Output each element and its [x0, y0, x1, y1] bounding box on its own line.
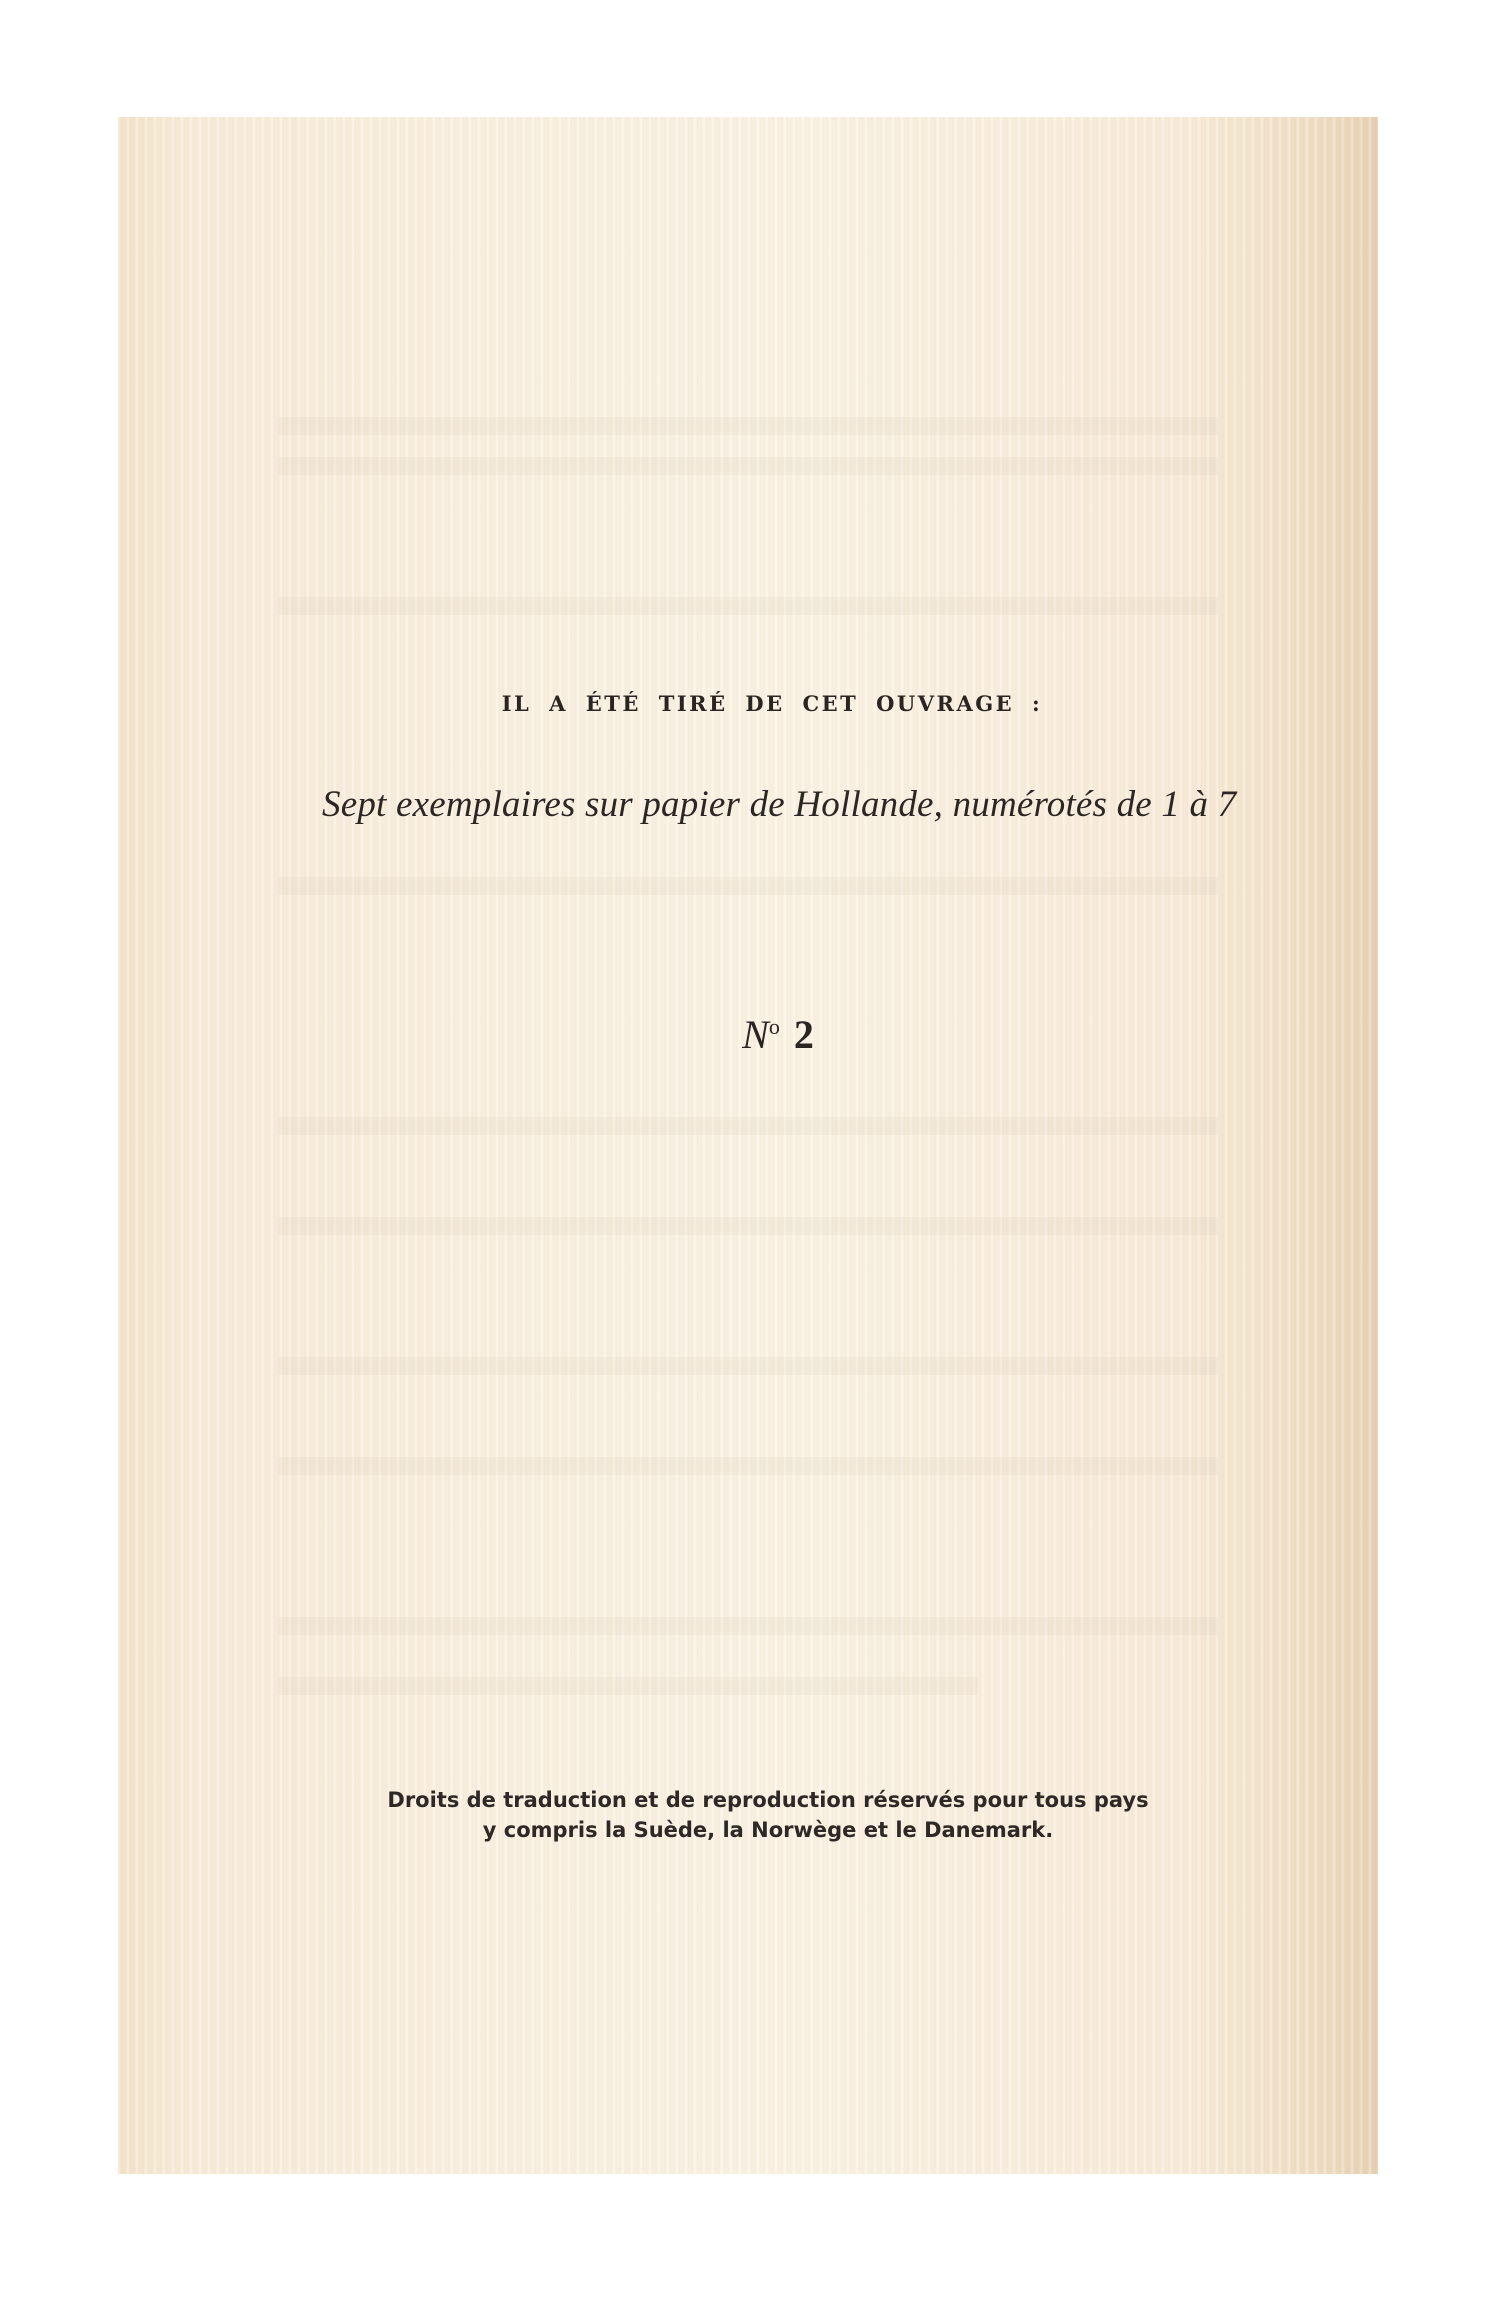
show-through-text [278, 417, 1218, 435]
copy-number: No2 [678, 1011, 878, 1058]
rights-line-2: y compris la Suède, la Norwège et le Dan… [368, 1815, 1168, 1845]
show-through-text [278, 1357, 1218, 1375]
copy-number-prefix: No [742, 1012, 780, 1057]
show-through-text [278, 597, 1218, 615]
show-through-text [278, 1217, 1218, 1235]
show-through-text [278, 1457, 1218, 1475]
show-through-text [278, 457, 1218, 475]
show-through-text [278, 1677, 978, 1695]
edition-heading: IL A ÉTÉ TIRÉ DE CET OUVRAGE : [360, 691, 1184, 716]
show-through-text [278, 1117, 1218, 1135]
rights-line-1: Droits de traduction et de reproduction … [368, 1785, 1168, 1815]
rights-notice: Droits de traduction et de reproduction … [368, 1785, 1168, 1845]
edition-note: Sept exemplaires sur papier de Hollande,… [322, 783, 1322, 826]
copy-number-value: 2 [794, 1012, 814, 1057]
book-page: IL A ÉTÉ TIRÉ DE CET OUVRAGE : Sept exem… [118, 117, 1378, 2174]
show-through-text [278, 877, 1218, 895]
show-through-text [278, 1617, 1218, 1635]
